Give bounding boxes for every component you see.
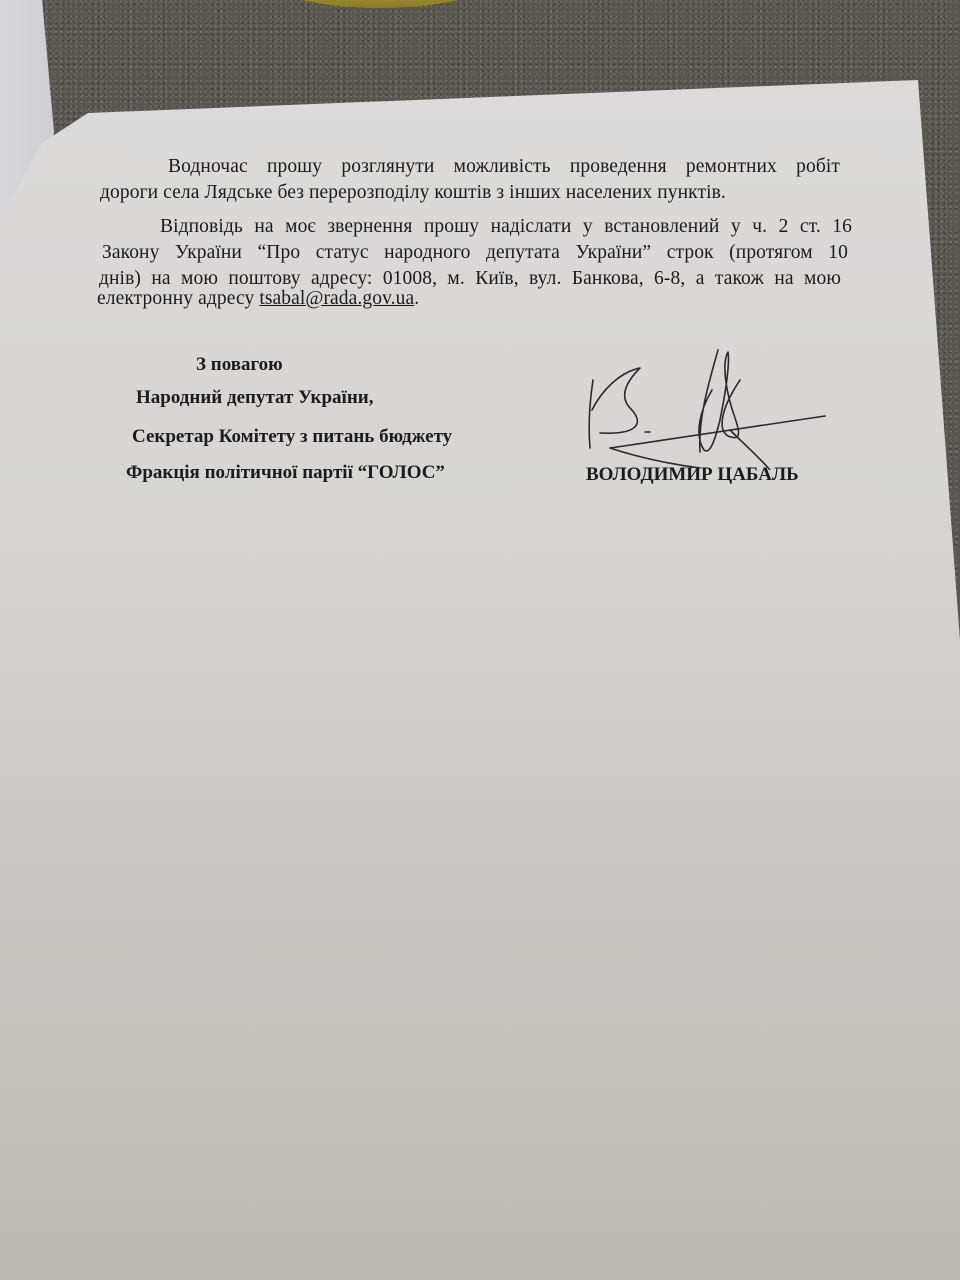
email-link[interactable]: tsabal@rada.gov.ua	[259, 288, 414, 309]
closing-title-3: Фракція політичної партії “ГОЛОС”	[126, 462, 445, 484]
paragraph-2-line-4: електронну адресу tsabal@rada.gov.ua.	[97, 288, 419, 310]
paragraph-2-line-3: днів) на мою поштову адресу: 01008, м. К…	[99, 268, 841, 290]
paragraph-1-line-1: Водночас прошу розглянути можливість про…	[168, 156, 840, 178]
paragraph-1-line-2: дороги села Лядське без перерозподілу ко…	[100, 182, 726, 204]
closing-regards: З повагою	[196, 354, 283, 376]
letter-content: Водночас прошу розглянути можливість про…	[0, 0, 960, 1280]
closing-title-2: Секретар Комітету з питань бюджету	[132, 426, 452, 448]
paragraph-2-line-2: Закону України “Про статус народного деп…	[102, 242, 848, 264]
paragraph-2-line-1: Відповідь на моє звернення прошу надісла…	[160, 216, 852, 238]
closing-title-1: Народний депутат України,	[136, 387, 373, 409]
handwritten-signature-icon	[570, 340, 830, 470]
line-end: .	[414, 288, 419, 309]
email-label: електронну адресу	[97, 288, 259, 309]
